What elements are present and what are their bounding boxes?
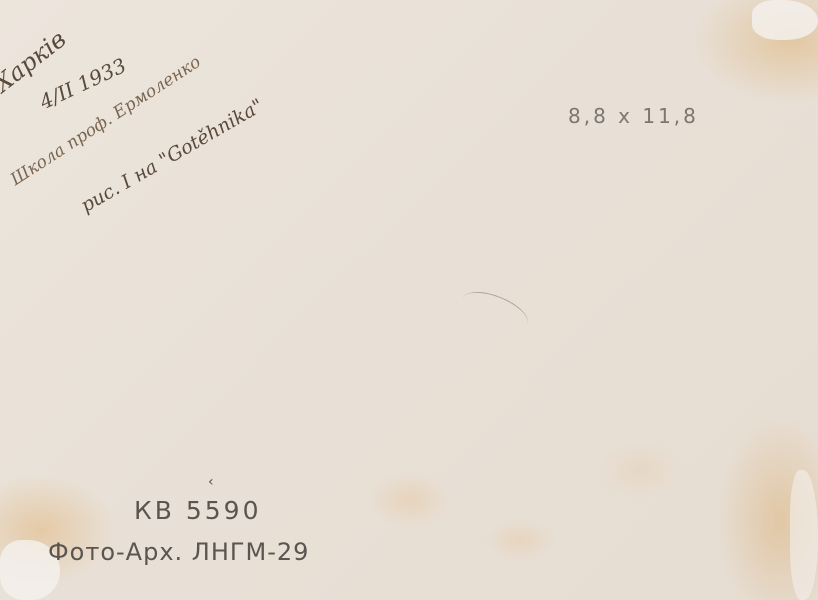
archive-code: Фото-Арх. ЛНГМ-29 [48,538,309,566]
worn-edge-bottom-right [790,470,818,600]
dimensions-annotation: 8,8 x 11,8 [568,104,699,128]
pencil-scratch-mark [457,284,534,339]
photo-card-back: Харків 4/II 1933 Школа проф. Ермоленко р… [0,0,818,600]
inventory-mark: ‹ [208,474,217,490]
worn-corner-top-right [752,0,818,40]
inventory-number: КВ 5590 [134,496,261,525]
